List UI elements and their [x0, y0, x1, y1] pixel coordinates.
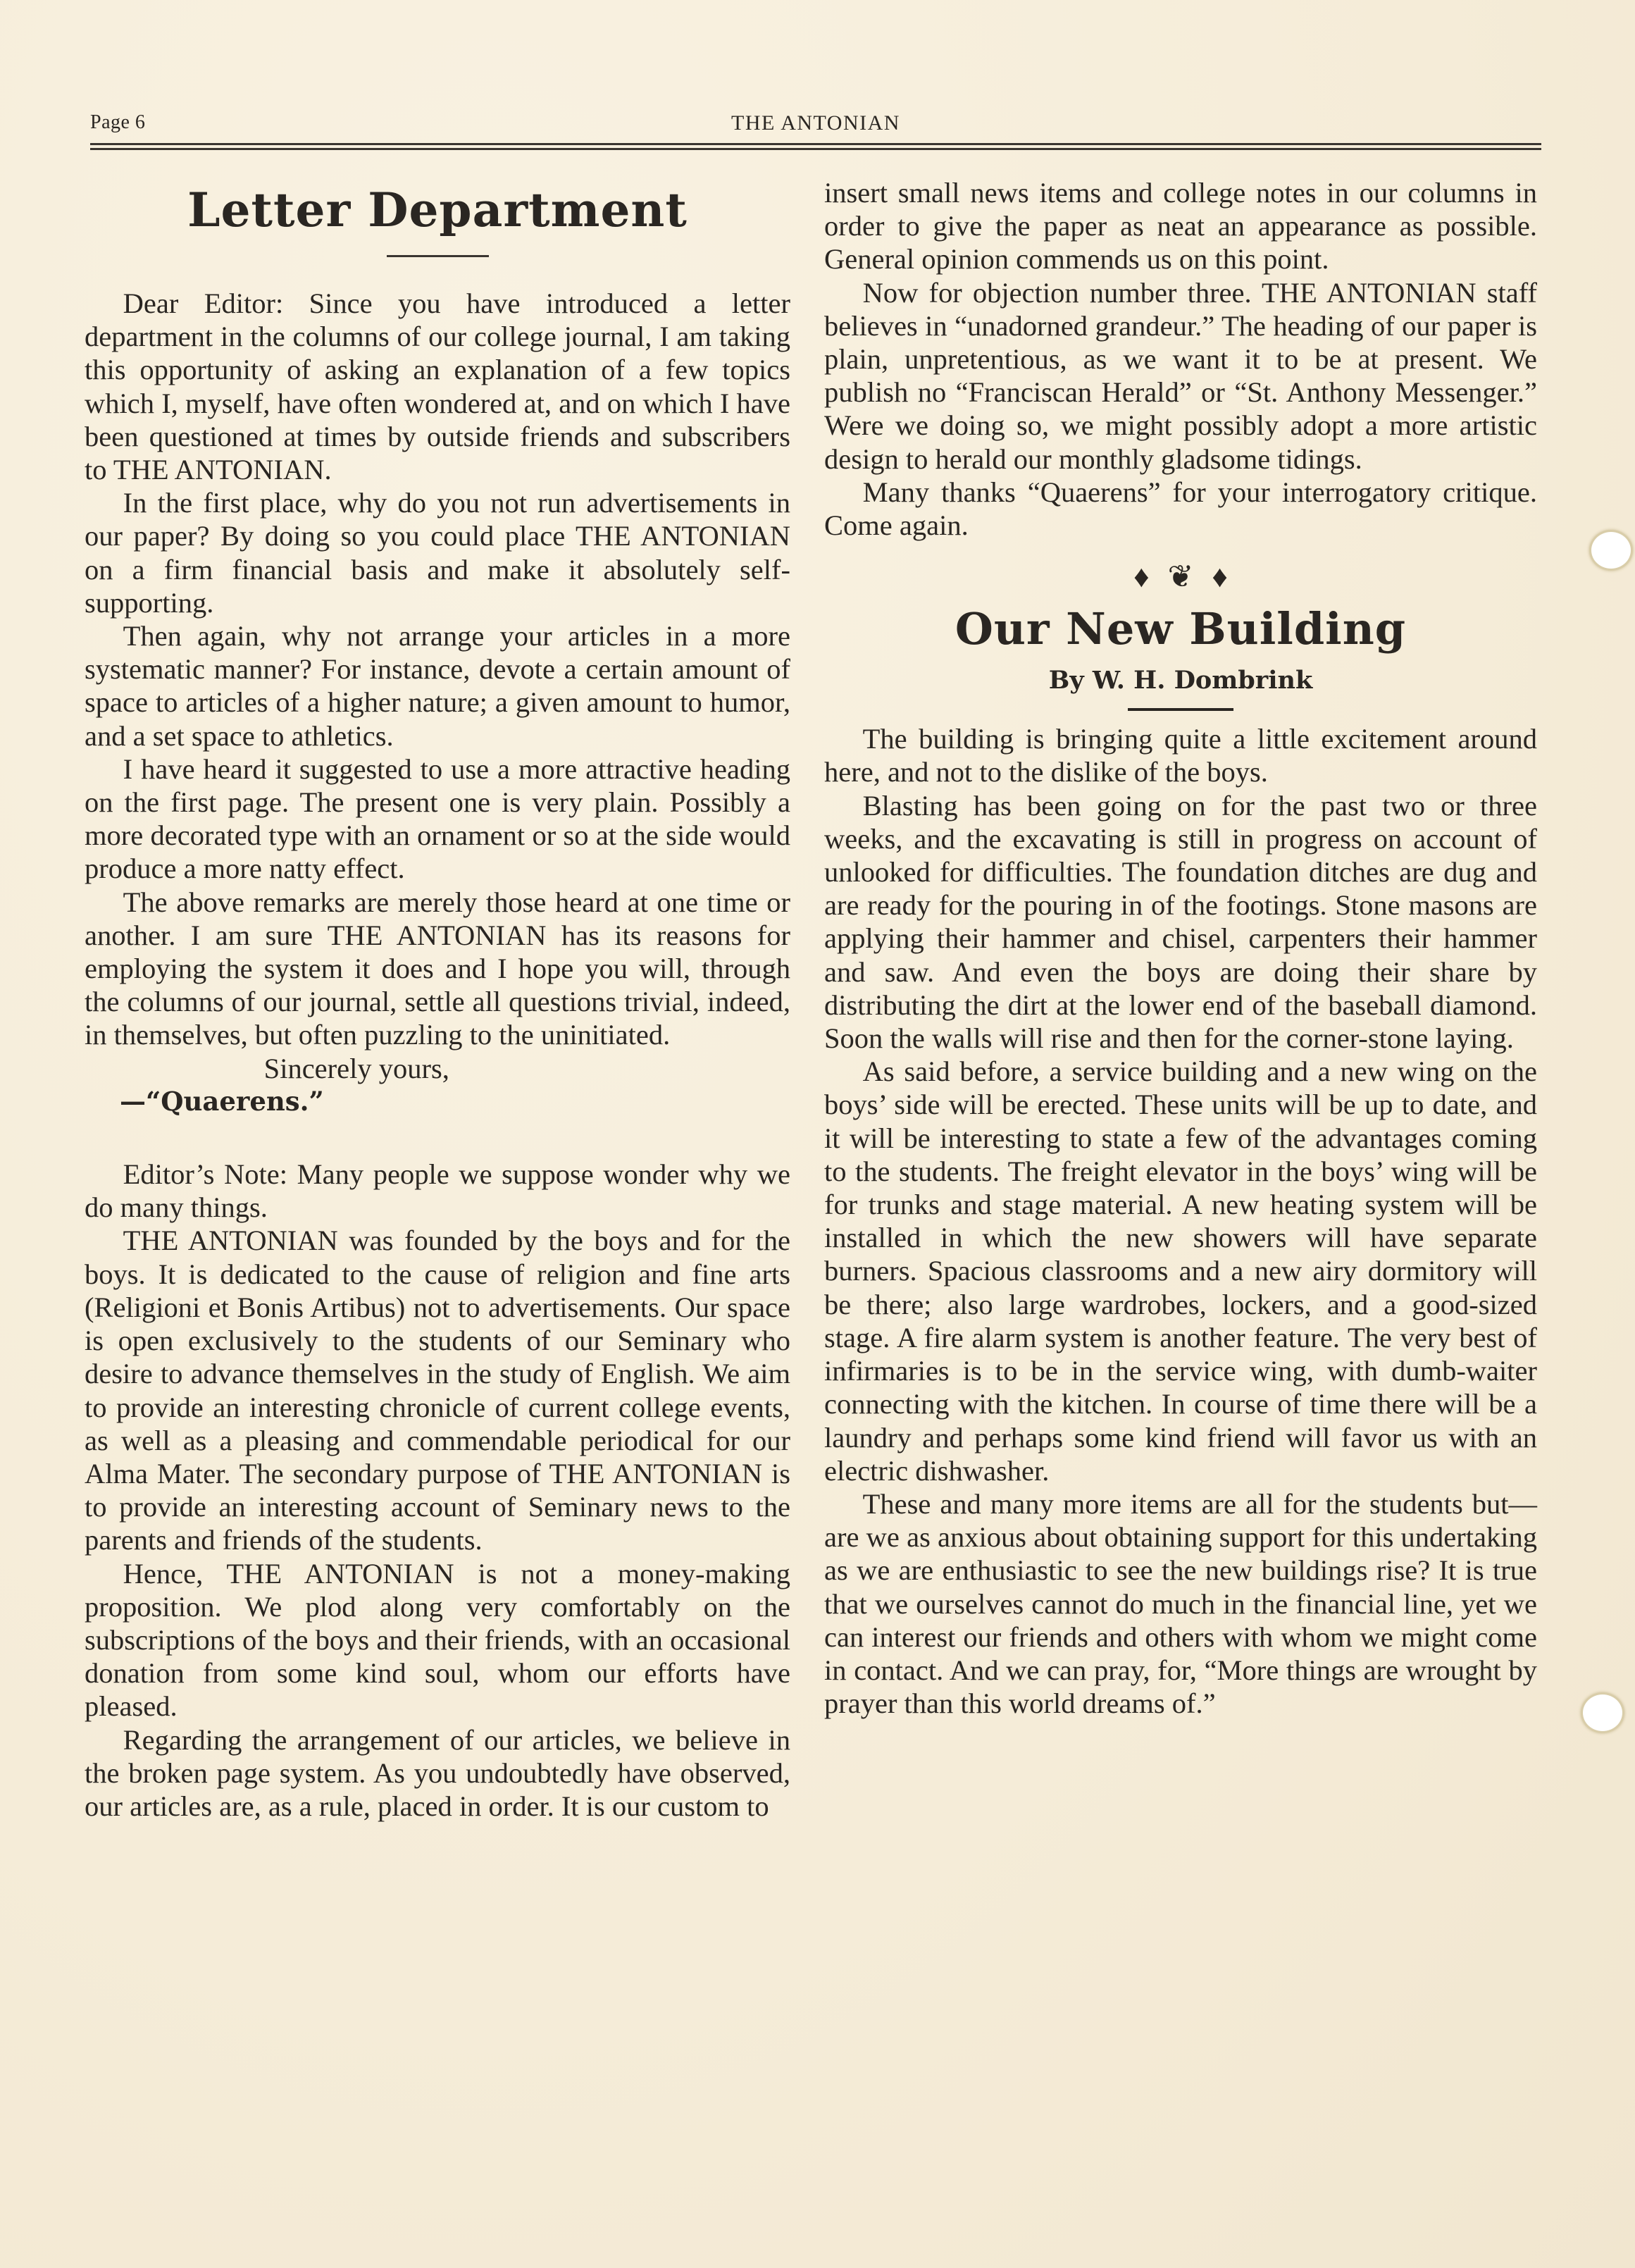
section-gap — [85, 1118, 790, 1158]
header-double-rule — [90, 143, 1541, 151]
punch-hole-icon — [1589, 530, 1633, 571]
running-header: Page 6 THE ANTONIAN — [90, 111, 1541, 140]
letter-paragraph: In the first place, why do you not run a… — [85, 486, 790, 619]
letter-paragraph: Dear Editor: Since you have introduced a… — [85, 287, 790, 486]
article-paragraph: The building is bringing quite a little … — [824, 722, 1537, 788]
article-paragraph: Blasting has been going on for the past … — [824, 789, 1537, 1055]
publication-name: THE ANTONIAN — [90, 111, 1541, 135]
article-title: Our New Building — [824, 601, 1537, 657]
left-column: Letter Department Dear Editor: Since you… — [85, 176, 790, 1823]
letter-department-title: Letter Department — [85, 176, 790, 238]
editor-note-paragraph: THE ANTONIAN was founded by the boys and… — [85, 1224, 790, 1556]
letter-paragraph: Then again, why not arrange your article… — [85, 619, 790, 752]
letter-paragraph: The above remarks are merely those heard… — [85, 886, 790, 1052]
editor-note-paragraph: Hence, THE ANTONIAN is not a money-makin… — [85, 1557, 790, 1723]
letter-paragraph: I have heard it suggested to use a more … — [85, 752, 790, 886]
ornament-divider-icon: ♦❦♦ — [824, 556, 1537, 598]
editor-note-paragraph: Regarding the arrangement of our article… — [85, 1723, 790, 1823]
article-byline: By W. H. Dombrink — [824, 663, 1537, 698]
article-paragraph: As said before, a service building and a… — [824, 1055, 1537, 1487]
editor-note-continued: Now for objection number three. THE ANTO… — [824, 276, 1537, 476]
byline-divider — [1128, 708, 1233, 711]
letter-closing: Sincerely yours, — [85, 1052, 790, 1085]
right-column: insert small news items and college note… — [824, 176, 1537, 1720]
editor-note-paragraph: Editor’s Note: Many people we suppose wo… — [85, 1158, 790, 1224]
title-divider — [387, 255, 489, 257]
punch-hole-icon — [1581, 1692, 1624, 1733]
editor-note-continued: Many thanks “Quaerens” for your interrog… — [824, 476, 1537, 542]
letter-signature: —“Quaerens.” — [85, 1085, 790, 1118]
editor-note-continued: insert small news items and college note… — [824, 176, 1537, 276]
article-paragraph: These and many more items are all for th… — [824, 1487, 1537, 1720]
